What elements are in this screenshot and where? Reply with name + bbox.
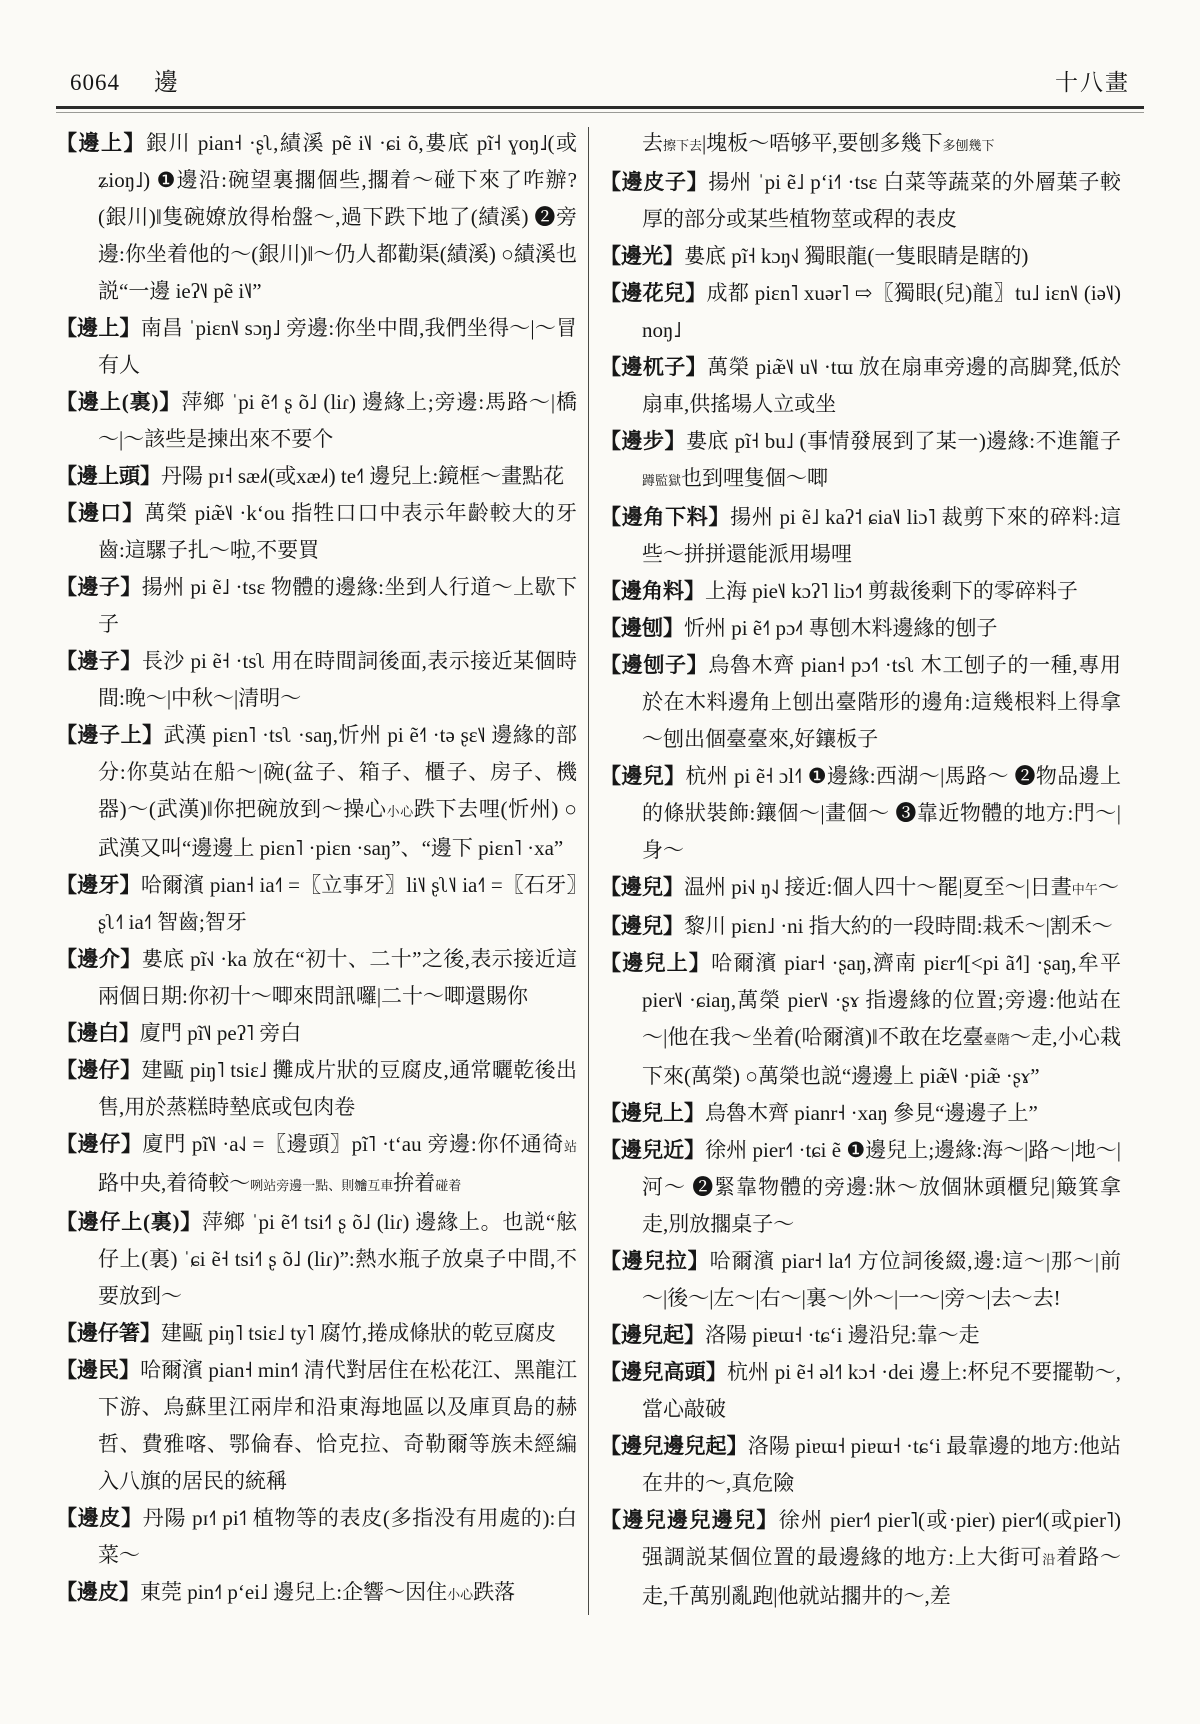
entry-text: 路中央,着徛較～: [98, 1171, 250, 1195]
entry-headword: 【邊皮】: [56, 1580, 140, 1604]
entry-headword: 【邊兒高頭】: [600, 1360, 727, 1384]
dictionary-entry: 【邊上頭】丹陽 pɪ˧ sæ˩˧(或xæ˩˧) te˧˥ 邊兒上:鏡框～畫點花: [56, 458, 577, 495]
entry-text: 建甌 piŋ˥ tsiɛ˩ 攤成片狀的豆腐皮,通常曬乾後出售,用於蒸糕時墊底或包…: [98, 1058, 577, 1119]
dictionary-entry: 【邊牙】哈爾濱 pian˧ ia˧˥ =〖立事牙〗li˥˩ ʂʅ˥˩ ia˧˥ …: [56, 867, 577, 941]
entry-headword: 【邊兒】: [600, 764, 686, 788]
dictionary-entry: 【邊上(裏)】萍鄉 ˈpi ẽ˧˥ ʂ õ˩ (liɾ) 邊緣上;旁邊:馬路～|…: [56, 384, 577, 458]
entry-text: 萬榮 piæ̃˥˩ ·kʻou 指牲口口中表示年齡較大的牙齒:這騾子扎～啦,不要…: [98, 501, 577, 562]
entry-headword: 【邊步】: [600, 429, 686, 453]
entry-text: 建甌 piŋ˥ tsiɛ˩ ty˥ 腐竹,捲成條狀的乾豆腐皮: [161, 1321, 556, 1345]
dictionary-entry: 【邊皮】丹陽 pɪ˧˥ pi˦˥ 植物等的表皮(多指没有用處的):白菜～: [56, 1500, 577, 1574]
entry-text: 廈門 pĩ˥˩ ·a˨˩ =〖邊頭〗pĩ˥ ·tʻau 旁邊:你伓通徛: [143, 1132, 564, 1156]
dictionary-entry: 【邊上】銀川 pian˧ ·ʂʅ,績溪 pẽ i˥˩ ·ɕi õ,婁底 pĩ˧ …: [56, 125, 577, 310]
dictionary-entry: 【邊杌子】萬榮 piæ̃˥˩ u˥˩ ·tɯ 放在扇車旁邊的高脚凳,低於扇車,供…: [600, 349, 1121, 423]
dictionary-entry: 【邊刨】忻州 pi ẽ˧˥ pɔ˨˦ 專刨木料邊緣的刨子: [600, 610, 1121, 647]
entry-text: 丹陽 pɪ˧˥ pi˦˥ 植物等的表皮(多指没有用處的):白菜～: [98, 1506, 577, 1567]
dictionary-page: 6064 邊 十八畫 【邊上】銀川 pian˧ ·ʂʅ,績溪 pẽ i˥˩ ·ɕ…: [0, 0, 1200, 1615]
entry-headword: 【邊仔】: [56, 1132, 143, 1156]
dictionary-entry: 【邊皮】東莞 pin˧˥ pʻei˩ 邊兒上:企響～因住小心跌落: [56, 1574, 577, 1613]
dictionary-entry: 【邊介】婁底 pĩ˧˩ ·ka 放在“初十、二十”之後,表示接近這兩個日期:你初…: [56, 941, 577, 1015]
dictionary-entry: 【邊子上】武漢 piɛn˥ ·tsʅ ·saŋ,忻州 pi ẽ˧˥ ·tə ʂɛ…: [56, 717, 577, 867]
entry-headword: 【邊介】: [56, 947, 142, 971]
entry-text: 跌落: [473, 1580, 515, 1604]
entry-text: 杭州 pi ẽ˧ ɔl˧˥ ❶邊緣:西湖～|馬路～ ❷物品邊上的條狀裝飾:鑲個～…: [642, 764, 1121, 862]
text-columns: 【邊上】銀川 pian˧ ·ʂʅ,績溪 pẽ i˥˩ ·ɕi õ,婁底 pĩ˧ …: [56, 125, 1144, 1615]
dictionary-entry: 【邊刨子】烏魯木齊 pian˧ pɔ˧˥ ·tsʅ 木工刨子的一種,專用於在木料…: [600, 647, 1121, 758]
dictionary-entry: 【邊兒上】哈爾濱 piar˧ ·ʂaŋ,濟南 piɛr˧˥[<pi ã˧˥] ·…: [600, 945, 1121, 1095]
entry-headword: 【邊兒上】: [600, 951, 711, 975]
inline-gloss-small: 臺階: [984, 1032, 1010, 1047]
entry-text: 丹陽 pɪ˧ sæ˩˧(或xæ˩˧) te˧˥ 邊兒上:鏡框～畫點花: [161, 464, 564, 488]
inline-gloss-small: 擦下去: [663, 138, 702, 153]
entry-headword: 【邊仔箸】: [56, 1321, 161, 1345]
entry-headword: 【邊兒上】: [600, 1101, 705, 1125]
entry-headword: 【邊仔】: [56, 1058, 141, 1082]
entry-text: 也到哩隻個～唧: [681, 466, 828, 490]
entry-text: 徐州 pier˧˥ ·tɕi ẽ ❶邊兒上;邊緣:海～|路～|地～|河～ ❷緊靠…: [642, 1138, 1121, 1236]
dictionary-entry: 【邊兒邊兒邊兒】徐州 pier˧˥ pier˥(或·pier) pier˧˥(或…: [600, 1502, 1121, 1615]
entry-text: 婁底 pĩ˧˩ ·ka 放在“初十、二十”之後,表示接近這兩個日期:你初十～唧來…: [98, 947, 577, 1008]
entry-text: 哈爾濱 piar˧ la˧˥ 方位詞後綴,邊:這～|那～|前～|後～|左～|右～…: [642, 1249, 1121, 1310]
entry-headword: 【邊角下料】: [600, 505, 730, 529]
inline-gloss-small: 多刨幾下: [942, 138, 994, 153]
left-column: 【邊上】銀川 pian˧ ·ʂʅ,績溪 pẽ i˥˩ ·ɕi õ,婁底 pĩ˧ …: [56, 125, 577, 1615]
dictionary-entry: 【邊花兒】成都 piɛn˥ xuər˥ ⇨〖獨眼(兒)龍〗tu˩ iɛn˥˩ (…: [600, 275, 1121, 349]
dictionary-entry: 【邊仔】廈門 pĩ˥˩ ·a˨˩ =〖邊頭〗pĩ˥ ·tʻau 旁邊:你伓通徛站…: [56, 1126, 577, 1204]
entry-text: 烏魯木齊 pianr˧ ·xaŋ 參見“邊邊子上”: [705, 1101, 1038, 1125]
dictionary-entry: 【邊兒上】烏魯木齊 pianr˧ ·xaŋ 參見“邊邊子上”: [600, 1095, 1121, 1132]
entry-text: 洛陽 piɐɯ˧ ·tɕʻi 邊沿兒:靠～走: [705, 1323, 980, 1347]
page-number: 6064: [70, 70, 120, 96]
entry-text: 揚州 ˈpi ẽ˩ pʻi˧˥ ·tsɛ 白菜等蔬菜的外層葉子較厚的部分或某些植…: [642, 170, 1121, 231]
dictionary-entry: 【邊角下料】揚州 pi ẽ˩ kaʔ˦ ɕia˥˩ liɔ˥ 裁剪下來的碎料:這…: [600, 499, 1121, 573]
dictionary-entry: 【邊仔上(裏)】萍鄉 ˈpi ẽ˧˥ tsi˧˥ ʂ õ˩ (liɾ) 邊緣上。…: [56, 1204, 577, 1315]
entry-headword: 【邊上】: [56, 316, 141, 340]
entry-headword: 【邊子上】: [56, 723, 164, 747]
dictionary-entry: 【邊上】南昌 ˈpiɛn˥˩ sɔŋ˩ 旁邊:你坐中間,我們坐得～|～冒有人: [56, 310, 577, 384]
entry-text: 萬榮 piæ̃˥˩ u˥˩ ·tɯ 放在扇車旁邊的高脚凳,低於扇車,供搖場人立或…: [642, 355, 1121, 416]
dictionary-entry: 【邊角料】上海 pie˥˩ kɔʔ˥ liɔ˧˥ 剪裁後剩下的零碎料子: [600, 573, 1121, 610]
entry-text: 忻州 pi ẽ˧˥ pɔ˨˦ 專刨木料邊緣的刨子: [684, 616, 998, 640]
entry-headword: 【邊上頭】: [56, 464, 161, 488]
inline-gloss-small: 中午: [1072, 882, 1098, 897]
entry-text: 揚州 pi ẽ˩ ·tsɛ 物體的邊緣:坐到人行道～上歇下子: [98, 575, 577, 636]
entry-headword: 【邊子】: [56, 649, 142, 673]
inline-gloss-small: 蹲監獄: [642, 473, 681, 488]
entry-text: 去: [642, 131, 663, 155]
entry-text: 温州 pi˧˩ ŋ˨˩ 接近:個人四十～罷|夏至～|日晝: [684, 875, 1072, 899]
inline-gloss-small: 咧站旁邊一點、則𣍐互車: [250, 1178, 393, 1193]
inline-gloss-small: 站: [564, 1139, 577, 1154]
inline-gloss-small: 小心: [387, 804, 414, 819]
dictionary-entry: 【邊兒近】徐州 pier˧˥ ·tɕi ẽ ❶邊兒上;邊緣:海～|路～|地～|河…: [600, 1132, 1121, 1243]
dictionary-entry: 【邊口】萬榮 piæ̃˥˩ ·kʻou 指牲口口中表示年齡較大的牙齒:這騾子扎～…: [56, 495, 577, 569]
entry-headword: 【邊兒】: [600, 875, 684, 899]
dictionary-entry: 【邊兒邊兒起】洛陽 piɐɯ˧ piɐɯ˧ ·tɕʻi 最靠邊的地方:他站在井的…: [600, 1428, 1121, 1502]
dictionary-entry: 【邊光】婁底 pĩ˧ kɔŋ˧˩ 獨眼龍(一隻眼睛是瞎的): [600, 238, 1121, 275]
entry-headword: 【邊兒】: [600, 914, 684, 938]
dictionary-entry: 【邊兒】黎川 piɛn˩ ·ni 指大約的一段時間:栽禾～|割禾～: [600, 908, 1121, 945]
dictionary-entry: 【邊皮子】揚州 ˈpi ẽ˩ pʻi˧˥ ·tsɛ 白菜等蔬菜的外層葉子較厚的部…: [600, 164, 1121, 238]
page-header: 6064 邊 十八畫: [56, 0, 1144, 97]
entry-headword: 【邊兒拉】: [600, 1249, 710, 1273]
entry-text: 東莞 pin˧˥ pʻei˩ 邊兒上:企響～因住: [140, 1580, 447, 1604]
entry-headword: 【邊仔上(裏)】: [56, 1210, 202, 1234]
entry-text: 婁底 pĩ˧ bu˩ (事情發展到了某一)邊緣:不進籠子: [686, 429, 1121, 453]
entry-headword: 【邊白】: [56, 1021, 140, 1045]
entry-text: |塊板～唔够平,要刨多幾下: [702, 131, 942, 155]
entry-headword: 【邊皮子】: [600, 170, 708, 194]
entry-text: ～: [1098, 875, 1119, 899]
inline-gloss-small: 沿: [1042, 1552, 1056, 1567]
entry-text: 黎川 piɛn˩ ·ni 指大約的一段時間:栽禾～|割禾～: [684, 914, 1113, 938]
entry-headword: 【邊口】: [56, 501, 144, 525]
header-rule: [56, 106, 1144, 113]
dictionary-entry: 【邊兒拉】哈爾濱 piar˧ la˧˥ 方位詞後綴,邊:這～|那～|前～|後～|…: [600, 1243, 1121, 1317]
entry-headword: 【邊刨子】: [600, 653, 708, 677]
entry-text: 銀川 pian˧ ·ʂʅ,績溪 pẽ i˥˩ ·ɕi õ,婁底 pĩ˧ ɣoŋ˩…: [98, 131, 577, 303]
entry-text: 廈門 pĩ˥˩ peʔ˥ 旁白: [140, 1021, 301, 1045]
entry-text: 成都 piɛn˥ xuər˥ ⇨〖獨眼(兒)龍〗tu˩ iɛn˥˩ (iə˥˩)…: [642, 281, 1121, 342]
right-column: 去擦下去|塊板～唔够平,要刨多幾下多刨幾下【邊皮子】揚州 ˈpi ẽ˩ pʻi˧…: [600, 125, 1121, 1615]
entry-text: 哈爾濱 pian˧ min˧˥ 清代對居住在松花江、黑龍江下游、烏蘇里江兩岸和沿…: [98, 1358, 577, 1493]
entry-headword: 【邊兒邊兒起】: [600, 1434, 748, 1458]
stroke-count-header: 十八畫: [1055, 64, 1130, 97]
inline-gloss-small: 碰着: [435, 1178, 461, 1193]
dictionary-entry: 【邊兒】温州 pi˧˩ ŋ˨˩ 接近:個人四十～罷|夏至～|日晝中午～: [600, 869, 1121, 908]
entry-headword: 【邊牙】: [56, 873, 141, 897]
entry-headword: 【邊兒起】: [600, 1323, 705, 1347]
entry-headword: 【邊角料】: [600, 579, 705, 603]
dictionary-entry: 【邊步】婁底 pĩ˧ bu˩ (事情發展到了某一)邊緣:不進籠子蹲監獄也到哩隻個…: [600, 423, 1121, 499]
inline-gloss-small: 小心: [447, 1587, 473, 1602]
dictionary-entry: 【邊子】長沙 pi ẽ˧ ·tsʅ 用在時間詞後面,表示接近某個時間:晚～|中秋…: [56, 643, 577, 717]
section-character: 邊: [154, 62, 178, 97]
dictionary-entry: 【邊民】哈爾濱 pian˧ min˧˥ 清代對居住在松花江、黑龍江下游、烏蘇里江…: [56, 1352, 577, 1500]
entry-headword: 【邊刨】: [600, 616, 684, 640]
entry-headword: 【邊兒邊兒邊兒】: [600, 1508, 779, 1532]
entry-headword: 【邊杌子】: [600, 355, 707, 379]
dictionary-entry: 【邊兒高頭】杭州 pi ẽ˧ əl˧˥ kɔ˧ ·dei 邊上:杯兒不要擺勒～,…: [600, 1354, 1121, 1428]
entry-headword: 【邊上(裏)】: [56, 390, 181, 414]
dictionary-entry: 【邊兒起】洛陽 piɐɯ˧ ·tɕʻi 邊沿兒:靠～走: [600, 1317, 1121, 1354]
entry-continuation: 去擦下去|塊板～唔够平,要刨多幾下多刨幾下: [600, 125, 1121, 164]
entry-text: 哈爾濱 pian˧ ia˧˥ =〖立事牙〗li˥˩ ʂʅ˥˩ ia˧˥ =〖石牙…: [98, 873, 577, 934]
header-left-group: 6064 邊: [70, 62, 178, 97]
entry-text: 長沙 pi ẽ˧ ·tsʅ 用在時間詞後面,表示接近某個時間:晚～|中秋～|清明…: [98, 649, 577, 710]
entry-headword: 【邊花兒】: [600, 281, 707, 305]
entry-text: 拚着: [393, 1171, 435, 1195]
entry-text: 上海 pie˥˩ kɔʔ˥ liɔ˧˥ 剪裁後剩下的零碎料子: [705, 579, 1078, 603]
entry-headword: 【邊上】: [56, 131, 146, 155]
entry-headword: 【邊兒近】: [600, 1138, 705, 1162]
entry-headword: 【邊民】: [56, 1358, 140, 1382]
entry-headword: 【邊光】: [600, 244, 684, 268]
entry-text: 婁底 pĩ˧ kɔŋ˧˩ 獨眼龍(一隻眼睛是瞎的): [684, 244, 1028, 268]
dictionary-entry: 【邊兒】杭州 pi ẽ˧ ɔl˧˥ ❶邊緣:西湖～|馬路～ ❷物品邊上的條狀裝飾…: [600, 758, 1121, 869]
dictionary-entry: 【邊仔箸】建甌 piŋ˥ tsiɛ˩ ty˥ 腐竹,捲成條狀的乾豆腐皮: [56, 1315, 577, 1352]
dictionary-entry: 【邊子】揚州 pi ẽ˩ ·tsɛ 物體的邊緣:坐到人行道～上歇下子: [56, 569, 577, 643]
dictionary-entry: 【邊仔】建甌 piŋ˥ tsiɛ˩ 攤成片狀的豆腐皮,通常曬乾後出售,用於蒸糕時…: [56, 1052, 577, 1126]
entry-text: 烏魯木齊 pian˧ pɔ˧˥ ·tsʅ 木工刨子的一種,專用於在木料邊角上刨出…: [642, 653, 1121, 751]
entry-headword: 【邊皮】: [56, 1506, 143, 1530]
dictionary-entry: 【邊白】廈門 pĩ˥˩ peʔ˥ 旁白: [56, 1015, 577, 1052]
entry-headword: 【邊子】: [56, 575, 142, 599]
entry-text: 南昌 ˈpiɛn˥˩ sɔŋ˩ 旁邊:你坐中間,我們坐得～|～冒有人: [98, 316, 577, 377]
column-divider: [588, 127, 589, 1615]
